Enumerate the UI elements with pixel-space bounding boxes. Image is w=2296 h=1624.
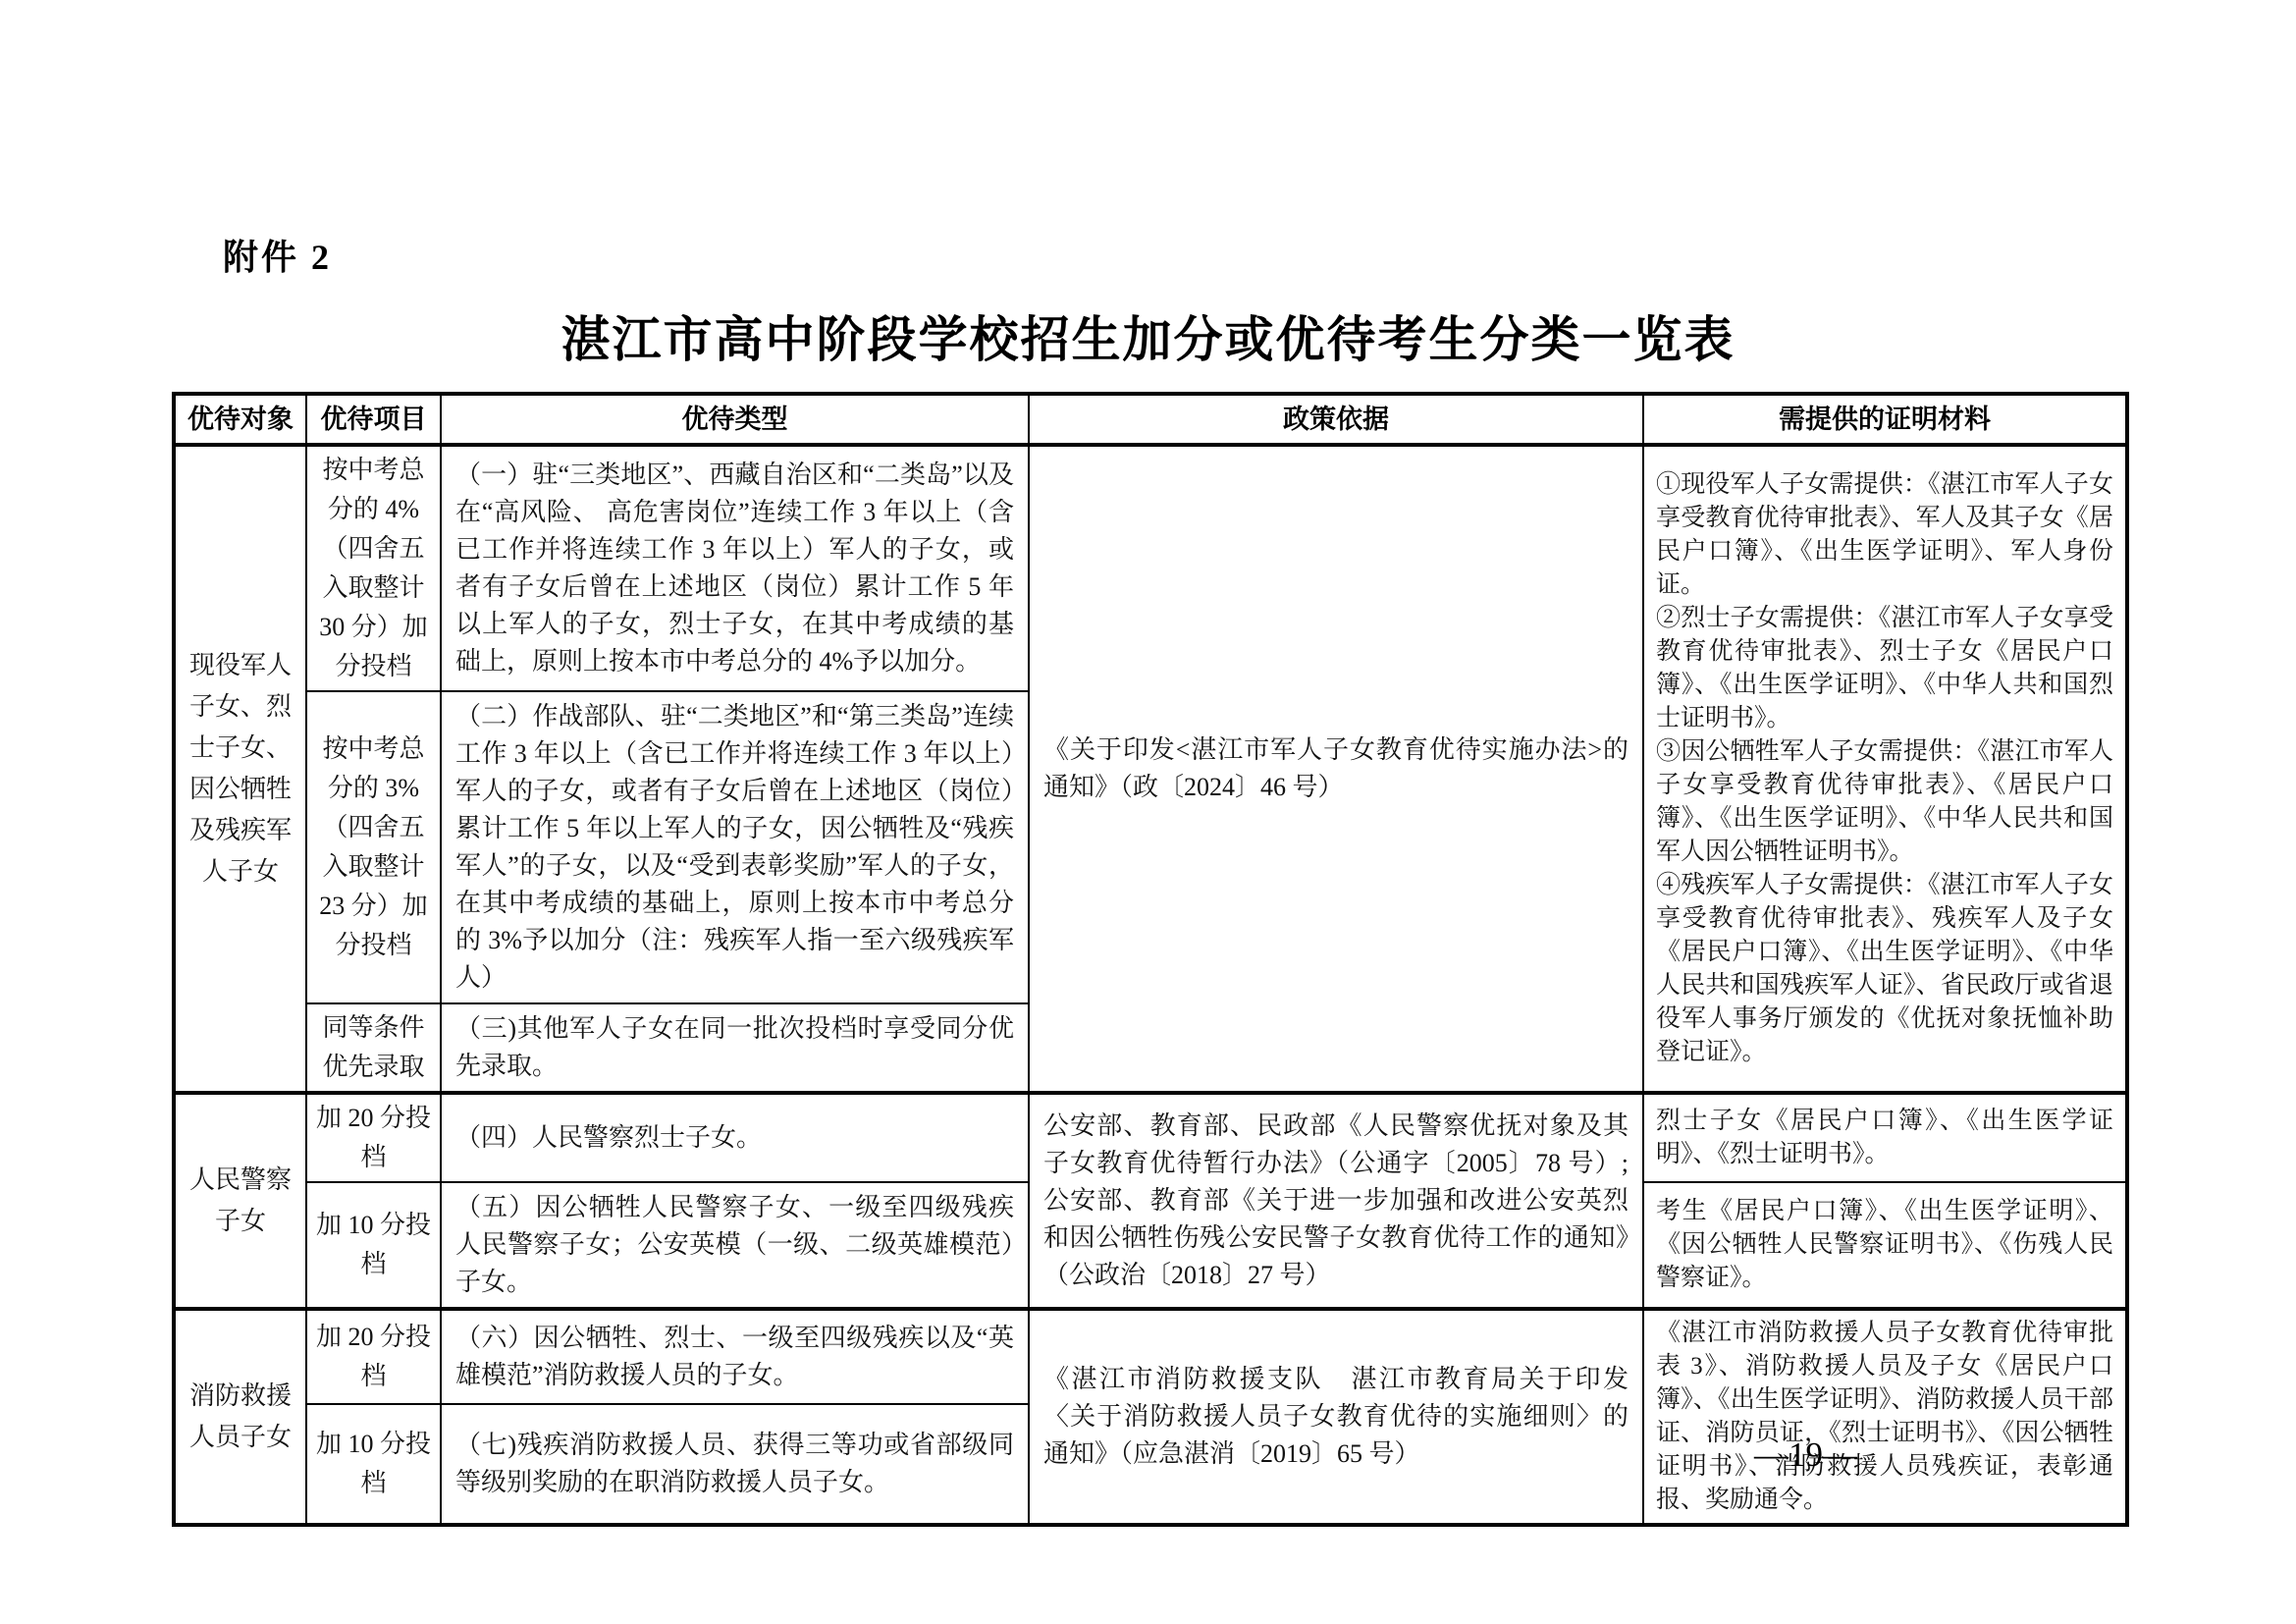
cell-item-g3r1: 加 20 分投档 bbox=[306, 1309, 441, 1404]
cell-type-g1r3: （三)其他军人子女在同一批次投档时享受同分优先录取。 bbox=[441, 1003, 1029, 1093]
column-header-materials: 需提供的证明材料 bbox=[1643, 394, 2127, 445]
column-header-item: 优待项目 bbox=[306, 394, 441, 445]
cell-type-g1r1: （一）驻“三类地区”、西藏自治区和“二类岛”以及在“高风险、 高危害岗位”连续工… bbox=[441, 445, 1029, 691]
table-header-row: 优待对象 优待项目 优待类型 政策依据 需提供的证明材料 bbox=[174, 394, 2127, 445]
cell-item-g1r3: 同等条件优先录取 bbox=[306, 1003, 441, 1093]
table-row: 现役军人子女、烈士子女、因公牺牲及残疾军人子女 按中考总分的 4%（四舍五入取整… bbox=[174, 445, 2127, 691]
cell-item-g1r1: 按中考总分的 4%（四舍五入取整计 30 分）加分投档 bbox=[306, 445, 441, 691]
table-row: 消防救援人员子女 加 20 分投档 （六）因公牺牲、烈士、一级至四级残疾以及“英… bbox=[174, 1309, 2127, 1404]
attachment-label: 附件 2 bbox=[223, 230, 332, 280]
cell-type-g3r2: （七)残疾消防救援人员、获得三等功或省部级同等级别奖励的在职消防救援人员子女。 bbox=[441, 1404, 1029, 1525]
cell-policy-police: 公安部、教育部、民政部《人民警察优抚对象及其子女教育优待暂行办法》（公通字〔20… bbox=[1029, 1093, 1643, 1309]
cell-subject-military: 现役军人子女、烈士子女、因公牺牲及残疾军人子女 bbox=[174, 445, 306, 1093]
cell-subject-fire-rescue: 消防救援人员子女 bbox=[174, 1309, 306, 1525]
cell-materials-military: ①现役军人子女需提供：《湛江市军人子女享受教育优待审批表》、军人及其子女《居民户… bbox=[1643, 445, 2127, 1093]
column-header-subject: 优待对象 bbox=[174, 394, 306, 445]
cell-materials-g2r1: 烈士子女《居民户口簿》、《出生医学证明》、《烈士证明书》。 bbox=[1643, 1093, 2127, 1182]
cell-materials-fire-rescue: 《湛江市消防救援人员子女教育优待审批表 3》、消防救援人员及子女《居民户口簿》、… bbox=[1643, 1309, 2127, 1525]
cell-item-g1r2: 按中考总分的 3%（四舍五入取整计 23 分）加分投档 bbox=[306, 691, 441, 1003]
cell-item-g3r2: 加 10 分投档 bbox=[306, 1404, 441, 1525]
page-title: 湛江市高中阶段学校招生加分或优待考生分类一览表 bbox=[0, 300, 2296, 371]
page-number: —19— bbox=[1710, 1435, 1901, 1475]
document-page: 附件 2 湛江市高中阶段学校招生加分或优待考生分类一览表 优待对象 优待项目 优… bbox=[0, 0, 2296, 1624]
cell-subject-police: 人民警察子女 bbox=[174, 1093, 306, 1309]
cell-type-g2r2: （五）因公牺牲人民警察子女、一级至四级残疾人民警察子女；公安英模（一级、二级英雄… bbox=[441, 1182, 1029, 1309]
cell-item-g2r2: 加 10 分投档 bbox=[306, 1182, 441, 1309]
column-header-type: 优待类型 bbox=[441, 394, 1029, 445]
cell-type-g3r1: （六）因公牺牲、烈士、一级至四级残疾以及“英雄模范”消防救援人员的子女。 bbox=[441, 1309, 1029, 1404]
preference-table: 优待对象 优待项目 优待类型 政策依据 需提供的证明材料 现役军人子女、烈士子女… bbox=[172, 392, 2129, 1527]
cell-type-g1r2: （二）作战部队、驻“二类地区”和“第三类岛”连续工作 3 年以上（含已工作并将连… bbox=[441, 691, 1029, 1003]
cell-item-g2r1: 加 20 分投档 bbox=[306, 1093, 441, 1182]
cell-policy-fire-rescue: 《湛江市消防救援支队 湛江市教育局关于印发〈关于消防救援人员子女教育优待的实施细… bbox=[1029, 1309, 1643, 1525]
column-header-policy: 政策依据 bbox=[1029, 394, 1643, 445]
cell-policy-military: 《关于印发<湛江市军人子女教育优待实施办法>的通知》（政〔2024〕46 号） bbox=[1029, 445, 1643, 1093]
cell-type-g2r1: （四）人民警察烈士子女。 bbox=[441, 1093, 1029, 1182]
cell-materials-g2r2: 考生《居民户口簿》、《出生医学证明》、《因公牺牲人民警察证明书》、《伤残人民警察… bbox=[1643, 1182, 2127, 1309]
table-row: 人民警察子女 加 20 分投档 （四）人民警察烈士子女。 公安部、教育部、民政部… bbox=[174, 1093, 2127, 1182]
